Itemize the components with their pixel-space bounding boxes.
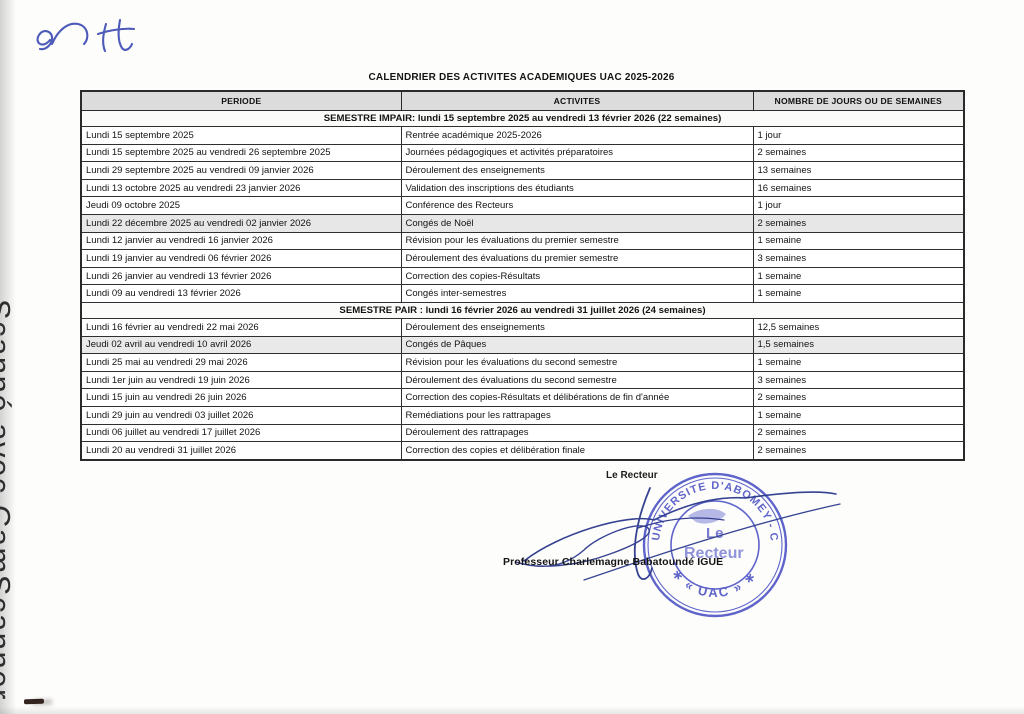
table-cell: Lundi 1er juin au vendredi 19 juin 2026 — [81, 371, 401, 389]
table-cell: Conférence des Recteurs — [401, 197, 753, 215]
ink-smudge — [24, 699, 44, 705]
table-cell: Lundi 15 juin au vendredi 26 juin 2026 — [81, 389, 401, 407]
header-periode: PERIODE — [81, 91, 401, 111]
round-stamp-icon: UNIVERSITE D'ABOMEY - CALAVI ∙ RECTORAT … — [488, 458, 786, 616]
table-cell: Remédiations pour les rattrapages — [401, 406, 753, 424]
table-cell: Correction des copies-Résultats et délib… — [401, 389, 753, 407]
table-cell: 1 semaine — [753, 285, 964, 303]
table-row: Lundi 19 janvier au vendredi 06 février … — [81, 250, 964, 268]
table-cell: 2 semaines — [753, 389, 964, 407]
calendar-table-body: SEMESTRE IMPAIR: lundi 15 septembre 2025… — [81, 111, 964, 460]
table-cell: 1 semaine — [753, 406, 964, 424]
table-cell: 2 semaines — [753, 442, 964, 460]
section-header-row: SEMESTRE PAIR : lundi 16 février 2026 au… — [81, 302, 964, 318]
table-cell: Jeudi 09 octobre 2025 — [81, 197, 401, 215]
scanned-document-page: CALENDRIER DES ACTIVITES ACADEMIQUES UAC… — [0, 0, 1024, 714]
table-cell: 1,5 semaines — [753, 336, 964, 354]
table-cell: Jeudi 02 avril au vendredi 10 avril 2026 — [81, 336, 401, 354]
table-cell: Lundi 22 décembre 2025 au vendredi 02 ja… — [81, 214, 401, 232]
table-cell: Lundi 15 septembre 2025 — [81, 127, 401, 145]
table-row: Lundi 06 juillet au vendredi 17 juillet … — [81, 424, 964, 442]
table-header-row: PERIODE ACTIVITES NOMBRE DE JOURS OU DE … — [81, 91, 964, 111]
table-cell: Lundi 12 janvier au vendredi 16 janvier … — [81, 232, 401, 250]
table-cell: Lundi 29 juin au vendredi 03 juillet 202… — [81, 406, 401, 424]
table-row: Lundi 22 décembre 2025 au vendredi 02 ja… — [81, 214, 964, 232]
table-cell: Lundi 25 mai au vendredi 29 mai 2026 — [81, 354, 401, 372]
table-cell: Lundi 29 septembre 2025 au vendredi 09 j… — [81, 162, 401, 180]
table-row: Lundi 29 septembre 2025 au vendredi 09 j… — [81, 162, 964, 180]
table-cell: 1 jour — [753, 127, 964, 145]
table-cell: 3 semaines — [753, 250, 964, 268]
table-cell: 3 semaines — [753, 371, 964, 389]
table-cell: Congés de Pâques — [401, 336, 753, 354]
scan-bottom-shadow — [0, 706, 1024, 714]
header-activites: ACTIVITES — [401, 91, 753, 111]
table-cell: Révision pour les évaluations du second … — [401, 354, 753, 372]
table-row: Lundi 12 janvier au vendredi 16 janvier … — [81, 232, 964, 250]
table-row: Lundi 15 septembre 2025 au vendredi 26 s… — [81, 144, 964, 162]
table-cell: 1 semaine — [753, 232, 964, 250]
table-cell: 2 semaines — [753, 214, 964, 232]
table-row: Lundi 29 juin au vendredi 03 juillet 202… — [81, 406, 964, 424]
table-cell: Lundi 15 septembre 2025 au vendredi 26 s… — [81, 144, 401, 162]
table-cell: 1 semaine — [753, 354, 964, 372]
table-cell: Déroulement des enseignements — [401, 318, 753, 336]
table-cell: Lundi 20 au vendredi 31 juillet 2026 — [81, 442, 401, 460]
svg-text:UNIVERSITE D'ABOMEY - CALAVI ∙: UNIVERSITE D'ABOMEY - CALAVI ∙ RECTORAT — [488, 458, 780, 542]
table-cell: Déroulement des enseignements — [401, 162, 753, 180]
stamp-rim-text-bottom: ∗ « UAC » ∗ — [669, 566, 760, 600]
handwritten-initials — [28, 6, 178, 68]
table-row: Lundi 25 mai au vendredi 29 mai 2026Révi… — [81, 354, 964, 372]
table-cell: Lundi 16 février au vendredi 22 mai 2026 — [81, 318, 401, 336]
table-cell: Déroulement des évaluations du premier s… — [401, 250, 753, 268]
table-cell: Lundi 13 octobre 2025 au vendredi 23 jan… — [81, 179, 401, 197]
table-cell: Correction des copies-Résultats — [401, 267, 753, 285]
table-cell: Lundi 26 janvier au vendredi 13 février … — [81, 267, 401, 285]
table-cell: Lundi 19 janvier au vendredi 06 février … — [81, 250, 401, 268]
table-cell: Correction des copies et délibération fi… — [401, 442, 753, 460]
header-nombre: NOMBRE DE JOURS OU DE SEMAINES — [753, 91, 964, 111]
table-row: Jeudi 02 avril au vendredi 10 avril 2026… — [81, 336, 964, 354]
table-cell: Rentrée académique 2025-2026 — [401, 127, 753, 145]
table-cell: Congés inter-semestres — [401, 285, 753, 303]
table-cell: 13 semaines — [753, 162, 964, 180]
table-row: Lundi 26 janvier au vendredi 13 février … — [81, 267, 964, 285]
table-row: Lundi 15 septembre 2025Rentrée académiqu… — [81, 127, 964, 145]
table-cell: Validation des inscriptions des étudiant… — [401, 179, 753, 197]
document-title: CALENDRIER DES ACTIVITES ACADEMIQUES UAC… — [80, 72, 963, 83]
table-cell: 1 jour — [753, 197, 964, 215]
calendar-table: PERIODE ACTIVITES NOMBRE DE JOURS OU DE … — [80, 90, 965, 461]
table-row: Lundi 1er juin au vendredi 19 juin 2026D… — [81, 371, 964, 389]
rector-name: Professeur Charlemagne Babatoundé IGUE — [503, 556, 723, 568]
stamp-and-signature: UNIVERSITE D'ABOMEY - CALAVI ∙ RECTORAT … — [488, 458, 1024, 648]
table-row: Lundi 16 février au vendredi 22 mai 2026… — [81, 318, 964, 336]
section-title: SEMESTRE IMPAIR: lundi 15 septembre 2025… — [81, 111, 964, 127]
table-row: Jeudi 09 octobre 2025Conférence des Rect… — [81, 197, 964, 215]
table-cell: Congés de Noël — [401, 214, 753, 232]
table-cell: Révision pour les évaluations du premier… — [401, 232, 753, 250]
table-cell: Lundi 09 au vendredi 13 février 2026 — [81, 285, 401, 303]
table-cell: 2 semaines — [753, 424, 964, 442]
table-row: Lundi 20 au vendredi 31 juillet 2026Corr… — [81, 442, 964, 460]
svg-text:∗ « UAC » ∗: ∗ « UAC » ∗ — [669, 566, 760, 600]
table-cell: 16 semaines — [753, 179, 964, 197]
stamp-rim-text-top: UNIVERSITE D'ABOMEY - CALAVI ∙ RECTORAT — [488, 458, 780, 542]
table-cell: Lundi 06 juillet au vendredi 17 juillet … — [81, 424, 401, 442]
table-cell: Journées pédagogiques et activités prépa… — [401, 144, 753, 162]
table-cell: 2 semaines — [753, 144, 964, 162]
table-cell: 1 semaine — [753, 267, 964, 285]
section-title: SEMESTRE PAIR : lundi 16 février 2026 au… — [81, 302, 964, 318]
table-row: Lundi 09 au vendredi 13 février 2026Cong… — [81, 285, 964, 303]
section-header-row: SEMESTRE IMPAIR: lundi 15 septembre 2025… — [81, 111, 964, 127]
table-cell: 12,5 semaines — [753, 318, 964, 336]
table-row: Lundi 15 juin au vendredi 26 juin 2026Co… — [81, 389, 964, 407]
camscanner-watermark: Scanné avec CamScanner — [0, 299, 17, 701]
table-cell: Déroulement des rattrapages — [401, 424, 753, 442]
table-cell: Déroulement des évaluations du second se… — [401, 371, 753, 389]
table-row: Lundi 13 octobre 2025 au vendredi 23 jan… — [81, 179, 964, 197]
